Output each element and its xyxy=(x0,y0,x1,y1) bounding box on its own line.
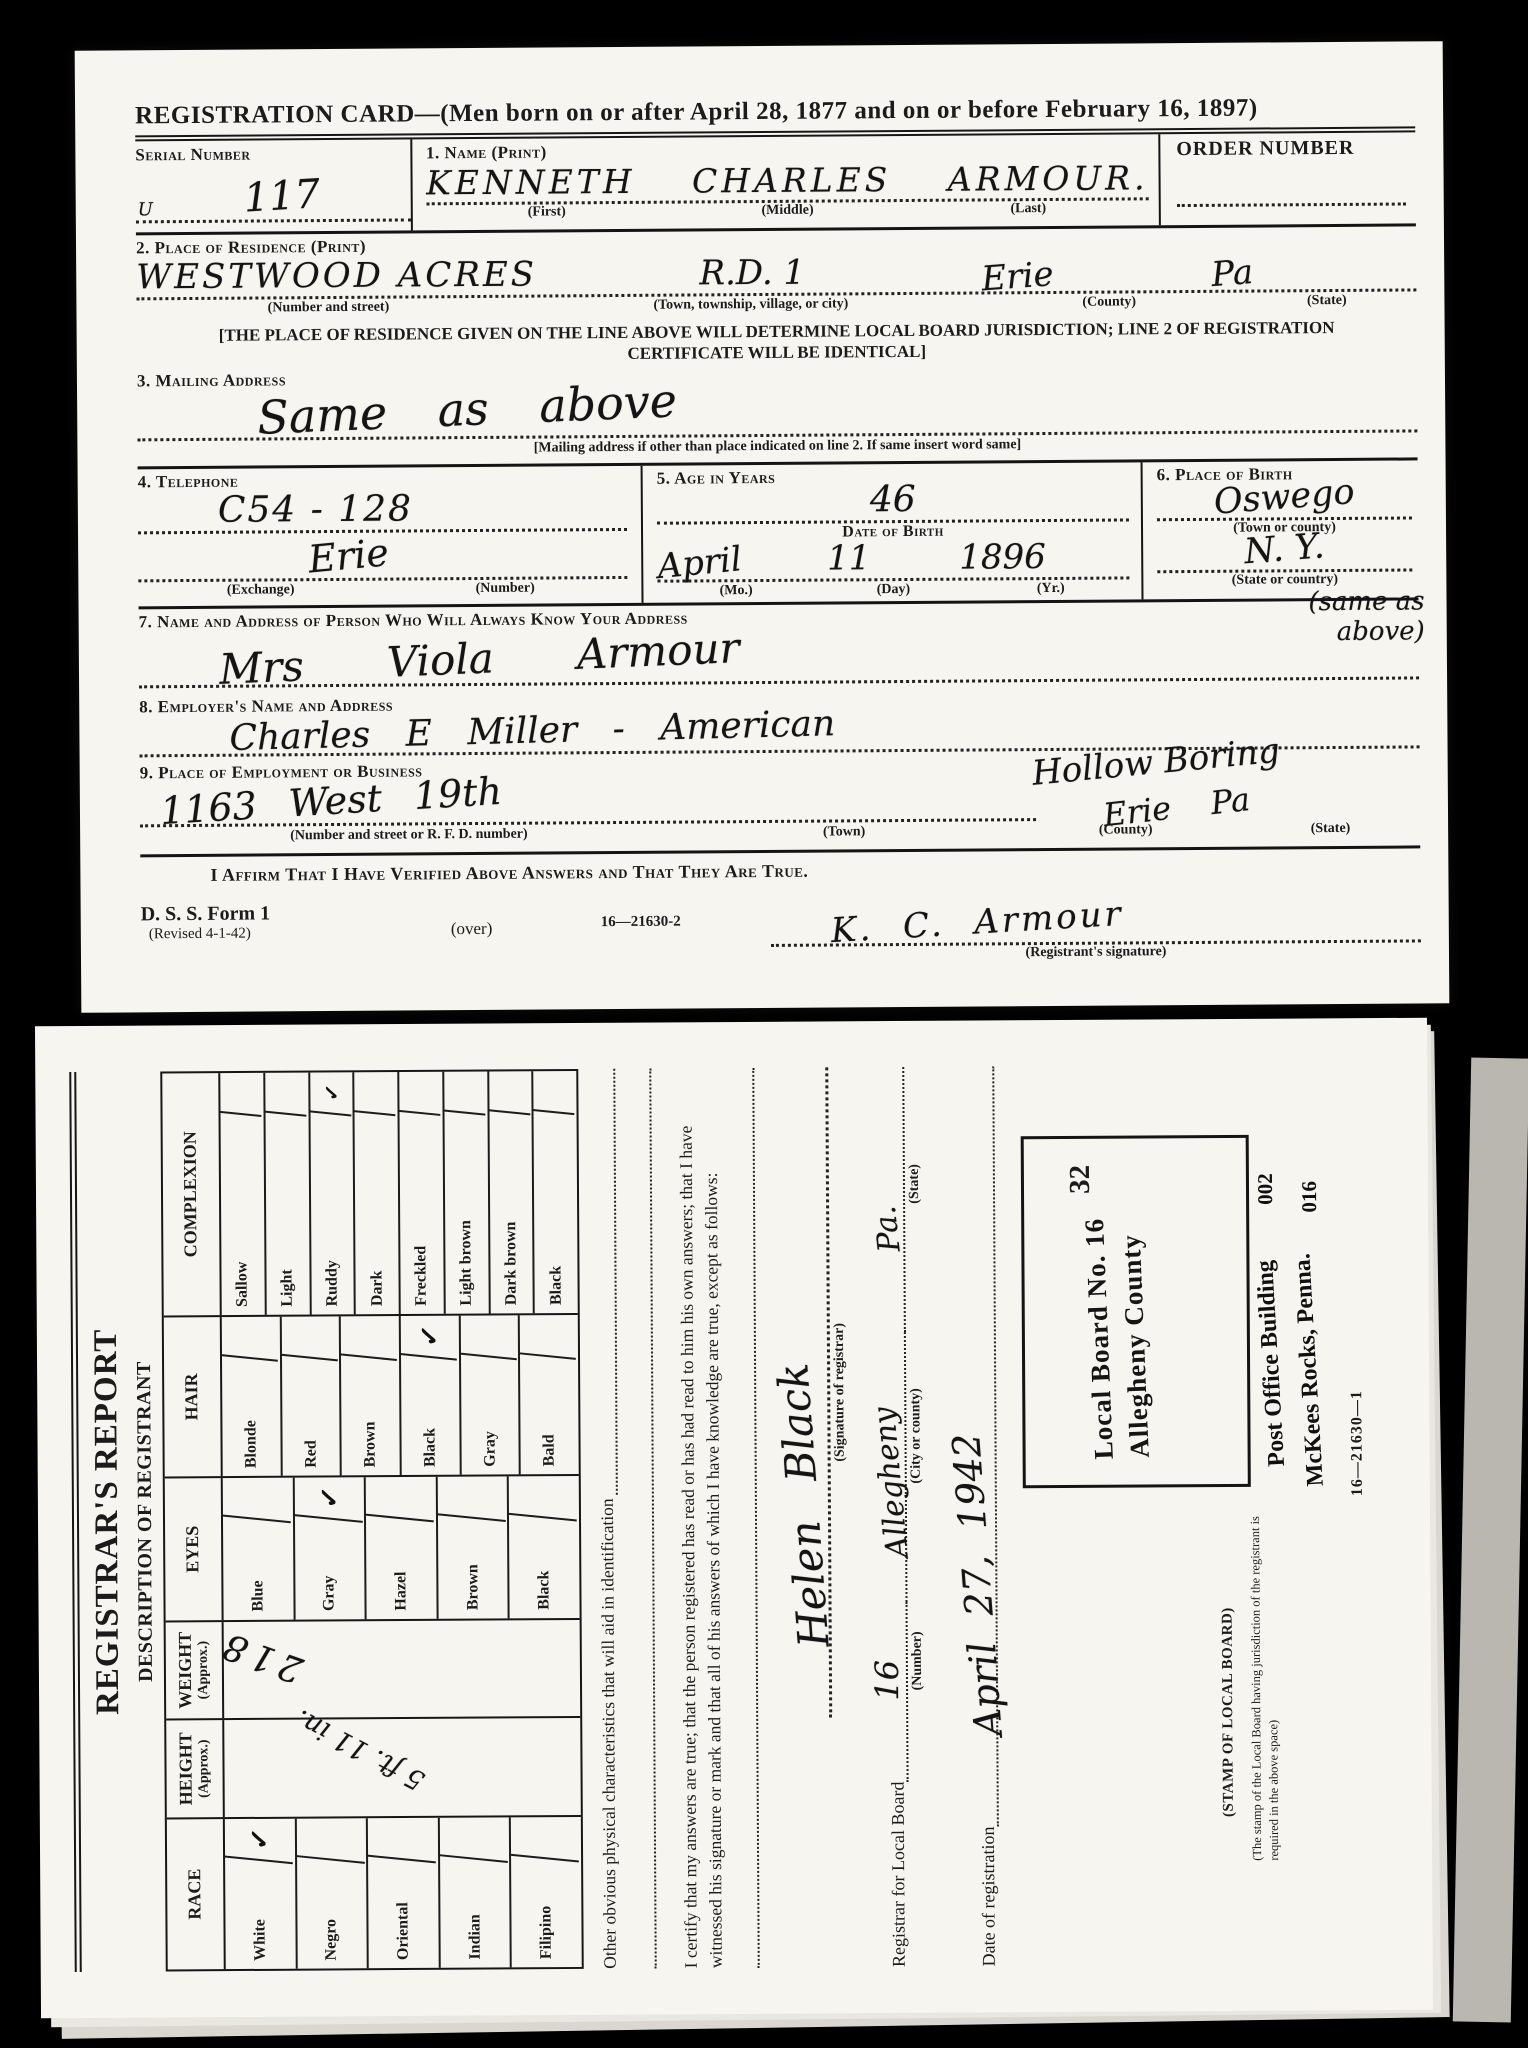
option-label: Freckled xyxy=(400,1114,444,1314)
stamp-area: Local Board No. 16 Allegheny County 32 (… xyxy=(1008,1064,1383,1966)
option-label: Black xyxy=(509,1518,579,1618)
caption-board-number: (Number) xyxy=(909,1571,926,1751)
option-label: Indian xyxy=(440,1859,510,1968)
option-label: Black xyxy=(401,1358,459,1476)
checkmark xyxy=(436,1474,509,1523)
checkmark xyxy=(263,1071,310,1117)
other-characteristics-label: Other obvious physical characteristics t… xyxy=(597,1498,621,1969)
name-cell: 1. Name (Print) Kenneth Charles Armour. … xyxy=(412,134,1161,230)
paper-stack-sliver xyxy=(1453,1058,1528,2023)
option-label: Brown xyxy=(341,1358,399,1476)
certification-text: I certify that my answers are true; that… xyxy=(673,1068,729,1968)
caption-town: (Town, township, village, or city) xyxy=(520,295,981,314)
table-row: Gray✓ xyxy=(294,1477,366,1619)
local-board-stamp-box: Local Board No. 16 Allegheny County 32 xyxy=(1020,1135,1250,1488)
complexion-column: COMPLEXION Sallow Light Ruddy✓ Dark Frec… xyxy=(162,1071,577,1315)
checkmark xyxy=(339,1313,401,1360)
checkmark: ✓ xyxy=(293,1474,366,1523)
registration-date-label: Date of registration xyxy=(978,1826,1000,1966)
checkmark xyxy=(220,1314,282,1361)
age-cell: 5. Age in Years 46 Date of Birth April 1… xyxy=(643,462,1144,602)
residence-county: Erie xyxy=(980,242,1213,300)
table-row: Brown xyxy=(438,1477,510,1619)
order-number-cell: ORDER NUMBER xyxy=(1160,132,1416,225)
form-revision: (Revised 4-1-42) xyxy=(141,925,391,944)
height-header-approx: (Approx.) xyxy=(197,1739,213,1798)
registration-date-value: April 27, 1942 xyxy=(944,1432,1011,1738)
checkmark xyxy=(280,1314,342,1361)
caption-last: (Last) xyxy=(908,200,1149,218)
table-row: Light brown xyxy=(444,1071,490,1313)
mailing-value: Same as above xyxy=(256,373,678,445)
checkmark: ✓ xyxy=(308,1070,355,1116)
over-note: (over) xyxy=(391,900,602,983)
telephone-label: 4. Telephone xyxy=(138,472,239,492)
checkmark: ✓ xyxy=(223,1815,296,1864)
race-column: RACE White✓ Negro Oriental Indian Filipi… xyxy=(167,1815,582,1970)
table-row: Negro xyxy=(296,1818,369,1969)
weight-header: WEIGHT xyxy=(176,1632,196,1709)
local-board-city-line: Allegheny xyxy=(866,1332,908,1602)
weight-value: 218 xyxy=(213,1623,308,1691)
table-row: Black xyxy=(509,1476,579,1618)
caption-emp-town: (Town) xyxy=(678,823,1011,841)
local-board-state-line: Pa. xyxy=(864,1067,906,1332)
checkmark xyxy=(487,1069,534,1115)
checkmark xyxy=(459,1313,521,1360)
dotted-line xyxy=(615,1068,656,1968)
contact-value: Mrs Viola Armour xyxy=(218,623,740,694)
option-label: Red xyxy=(282,1358,340,1476)
checkmark: ✓ xyxy=(399,1313,461,1360)
option-label: Light xyxy=(265,1115,309,1315)
overstamp-number1: 002 xyxy=(1253,1173,1278,1205)
checkmark xyxy=(518,1312,580,1359)
name-value: Kenneth Charles Armour. xyxy=(426,158,1149,202)
dob-year: 1896 xyxy=(959,537,1101,578)
checkmark xyxy=(532,1069,579,1115)
caption-day: (Day) xyxy=(815,582,972,599)
stamp-text: Local Board No. 16 Allegheny County xyxy=(1076,1216,1159,1460)
residence-label: 2. Place of Residence (Print) xyxy=(136,237,366,258)
option-label: Sallow xyxy=(221,1115,265,1315)
local-board-number-line: 16 xyxy=(867,1602,908,1782)
dotted-line xyxy=(595,1069,618,1495)
serial-prefix: U xyxy=(138,199,153,220)
checkmark xyxy=(442,1070,489,1116)
race-header: RACE xyxy=(167,1819,226,1970)
checkmark xyxy=(221,1475,294,1524)
row-mailing: 3. Mailing Address Same as above [Mailin… xyxy=(137,360,1418,469)
age-value: 46 xyxy=(870,479,916,520)
registration-date-line: April 27, 1942 xyxy=(942,1066,999,1826)
option-label: Negro xyxy=(297,1860,367,1969)
birthplace-cell: 6. Place of Birth Oswego (Town or county… xyxy=(1143,460,1419,599)
print-code-back: 16—21630—1 xyxy=(1348,1390,1367,1496)
table-row: Ruddy✓ xyxy=(310,1072,356,1314)
option-label: Blue xyxy=(223,1520,293,1620)
table-row: Freckled xyxy=(399,1072,445,1314)
rotated-back-content: REGISTRAR'S REPORT DESCRIPTION OF REGIST… xyxy=(35,1018,1433,2018)
residence-state: Pa xyxy=(1210,243,1366,295)
employer-label: 8. Employer's Name and Address xyxy=(139,696,393,717)
stamp-number: 32 xyxy=(1064,1165,1097,1194)
row-serial-name-order: Serial Number U 117 1. Name (Print) Kenn… xyxy=(135,132,1416,235)
table-row: Blue xyxy=(223,1478,295,1620)
row-residence: 2. Place of Residence (Print) Westwood A… xyxy=(136,226,1417,321)
option-label: Light brown xyxy=(444,1114,488,1314)
local-board-state: Pa. xyxy=(868,1204,908,1254)
option-label: Dark xyxy=(355,1114,399,1314)
checkmark xyxy=(353,1070,400,1116)
dotted-line xyxy=(724,1068,759,1968)
registrant-signature-block: K. C. Armour (Registrant's signature) xyxy=(771,894,1422,981)
checkmark xyxy=(438,1814,511,1863)
row-telephone-age-birth: 4. Telephone C54 - 128 Erie (Exchange) (… xyxy=(138,460,1419,609)
caption-number: (Number) xyxy=(383,580,628,598)
option-label: Blonde xyxy=(222,1359,280,1477)
local-board-row: Registrar for Local Board 16 Allegheny P… xyxy=(864,1067,909,1967)
row-contact: 7. Name and Address of Person Who Will A… xyxy=(139,600,1420,695)
checkmark xyxy=(397,1070,444,1116)
contact-note: (same as above) xyxy=(1308,586,1425,647)
option-label: Gray xyxy=(295,1519,365,1619)
table-row: White✓ xyxy=(225,1818,298,1969)
registrar-signature: Helen Black xyxy=(768,1362,838,1649)
option-label: Hazel xyxy=(366,1519,436,1619)
description-table: RACE White✓ Negro Oriental Indian Filipi… xyxy=(160,1069,583,1972)
jurisdiction-notice-text: [THE PLACE OF RESIDENCE GIVEN ON THE LIN… xyxy=(187,317,1367,368)
overstamp-number2: 016 xyxy=(1297,1181,1322,1213)
mailing-label: 3. Mailing Address xyxy=(137,370,286,390)
weight-header-approx: (Approx.) xyxy=(196,1641,212,1700)
weight-column: WEIGHT(Approx.) 218 xyxy=(166,1618,581,1719)
checkmark xyxy=(507,1473,580,1522)
caption-middle: (Middle) xyxy=(667,202,908,220)
checkmark xyxy=(218,1071,265,1117)
table-row: Black✓ xyxy=(401,1316,462,1476)
table-row: Dark brown xyxy=(489,1071,535,1313)
option-label: Black xyxy=(534,1113,578,1313)
serial-number-cell: Serial Number U 117 xyxy=(135,139,412,232)
table-row: Red xyxy=(281,1316,342,1476)
registrars-report-title: REGISTRAR'S REPORT xyxy=(86,1072,128,1972)
overstamp-line1: Post Office Building xyxy=(1252,1259,1291,1467)
table-row: Dark xyxy=(355,1072,401,1314)
caption-month: (Mo.) xyxy=(657,583,814,600)
overstamp-line2: McKees Rocks, Penna. xyxy=(1289,1253,1330,1487)
card-title: REGISTRATION CARD—(Men born on or after … xyxy=(135,41,1416,130)
option-label: White xyxy=(225,1860,295,1969)
option-label: Bald xyxy=(520,1357,578,1475)
caption-year: (Yr.) xyxy=(972,580,1129,597)
draft-card-front: REGISTRATION CARD—(Men born on or after … xyxy=(75,41,1450,1013)
caption-board-state: (State) xyxy=(906,1067,923,1301)
complexion-header: COMPLEXION xyxy=(162,1073,221,1315)
telephone-exchange-value: Erie xyxy=(306,530,390,581)
telephone-number-value: C54 - 128 xyxy=(218,488,413,530)
checkmark xyxy=(366,1814,439,1863)
residence-rd: R.D. 1 xyxy=(699,251,981,293)
table-row: Bald xyxy=(520,1315,579,1475)
option-label: Dark brown xyxy=(489,1113,533,1313)
caption-state: (State) xyxy=(1237,292,1416,309)
local-board-label: Registrar for Local Board xyxy=(887,1782,909,1968)
table-row: Indian xyxy=(440,1817,513,1968)
table-row: Sallow xyxy=(220,1073,266,1315)
form-number: D. S. S. Form 1 xyxy=(141,902,391,927)
residence-street: Westwood Acres xyxy=(136,253,699,297)
hair-header: HAIR xyxy=(164,1317,223,1477)
height-column: HEIGHT(Approx.) 5 ft. 11 in. xyxy=(166,1716,581,1817)
form-id-block: D. S. S. Form 1 (Revised 4-1-42) xyxy=(141,902,392,986)
option-label: Filipino xyxy=(511,1859,581,1968)
eyes-column: EYES Blue Gray✓ Hazel Brown Black xyxy=(165,1474,580,1620)
table-row: Filipino xyxy=(511,1817,582,1968)
serial-value: 117 xyxy=(242,171,321,221)
option-label: Oriental xyxy=(368,1860,438,1969)
checkmark xyxy=(364,1474,437,1523)
table-row: Gray xyxy=(460,1315,521,1475)
order-number-label: ORDER NUMBER xyxy=(1176,136,1405,161)
caption-emp-state: (State) xyxy=(1241,820,1420,837)
hair-column: HAIR Blonde Red Brown Black✓ Gray Bald xyxy=(164,1313,579,1477)
registrant-signature: K. C. Armour xyxy=(830,894,1125,951)
stamp-fine-print: (The stamp of the Local Board having jur… xyxy=(1247,1491,1283,1861)
option-label: Gray xyxy=(461,1357,519,1475)
height-header: HEIGHT xyxy=(177,1732,197,1805)
registrar-signature-block: Helen Black (Signature of registrar) xyxy=(764,1067,855,1968)
age-label: 5. Age in Years xyxy=(657,468,776,488)
local-board-number: 16 xyxy=(868,1660,906,1701)
rule xyxy=(69,1072,81,1972)
contact-note-line2: above) xyxy=(1309,616,1425,647)
caption-first: (First) xyxy=(426,204,667,222)
checkmark xyxy=(295,1815,368,1864)
stamp-caption: (STAMP OF LOCAL BOARD) xyxy=(1219,1607,1237,1817)
dob-day: 11 xyxy=(827,538,959,579)
table-row: Hazel xyxy=(366,1477,438,1619)
checkmark xyxy=(509,1814,582,1863)
table-row: Brown xyxy=(341,1316,402,1476)
caption-number-street: (Number and street) xyxy=(136,299,520,318)
option-label: Ruddy xyxy=(310,1114,354,1314)
table-row: Oriental xyxy=(368,1817,441,1968)
description-subtitle: DESCRIPTION OF REGISTRANT xyxy=(131,1072,159,1972)
caption-exchange: (Exchange) xyxy=(138,582,383,600)
table-row: Blonde xyxy=(222,1317,283,1477)
eyes-header: EYES xyxy=(165,1478,224,1620)
contact-note-line1: (same as xyxy=(1308,586,1424,617)
birthplace-state: N. Y. xyxy=(1243,526,1326,572)
front-footer: D. S. S. Form 1 (Revised 4-1-42) (over) … xyxy=(141,884,1422,985)
order-number-blank xyxy=(1176,159,1405,207)
print-code-front: 16—21630-2 xyxy=(601,899,772,982)
table-row: Black xyxy=(534,1071,578,1313)
table-row: Light xyxy=(265,1073,311,1315)
option-label: Brown xyxy=(438,1519,508,1619)
telephone-cell: 4. Telephone C54 - 128 Erie (Exchange) (… xyxy=(138,466,644,607)
draft-card-back: REGISTRAR'S REPORT DESCRIPTION OF REGIST… xyxy=(35,1018,1433,2018)
registration-date-row: Date of registration April 27, 1942 xyxy=(942,1066,999,1966)
row-employment: 9. Place of Employment or Business Hollo… xyxy=(140,752,1421,857)
serial-number-label: Serial Number xyxy=(135,145,250,165)
